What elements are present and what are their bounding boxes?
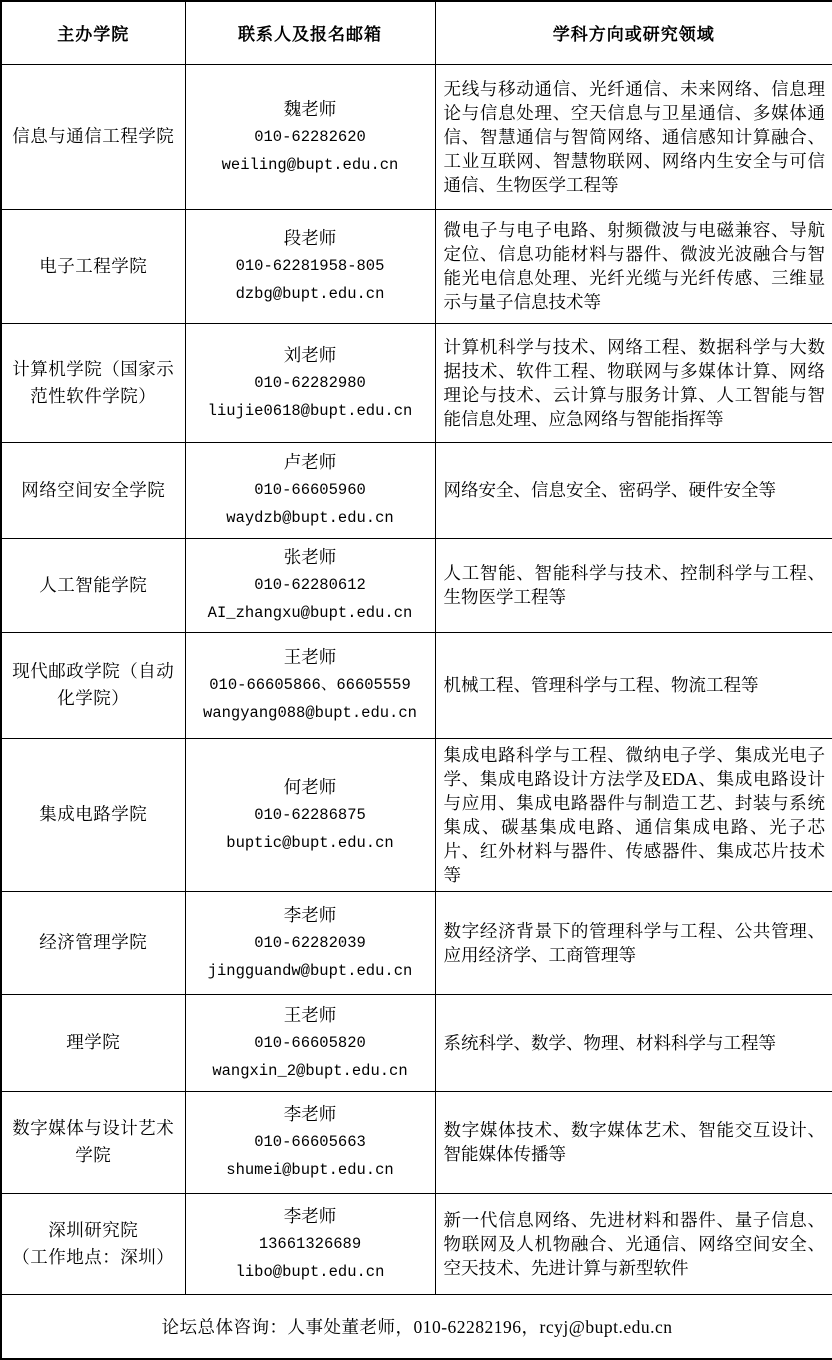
contact-phone: 010-62280612 xyxy=(190,571,431,599)
contact-phone: 010-62282620 xyxy=(190,123,431,151)
contact-person: 李老师 xyxy=(190,1202,431,1230)
research-fields: 新一代信息网络、先进材料和器件、量子信息、物联网及人机物融合、光通信、网络空间安… xyxy=(435,1193,832,1294)
college-name: 经济管理学院 xyxy=(1,891,185,994)
table-row: 经济管理学院 李老师 010-62282039 jingguandw@bupt.… xyxy=(1,891,832,994)
header-college: 主办学院 xyxy=(1,1,185,64)
college-name: 深圳研究院 （工作地点：深圳） xyxy=(1,1193,185,1294)
header-row: 主办学院 联系人及报名邮箱 学科方向或研究领域 xyxy=(1,1,832,64)
contact-phone: 010-66605820 xyxy=(190,1029,431,1057)
table-row: 电子工程学院 段老师 010-62281958-805 dzbg@bupt.ed… xyxy=(1,209,832,323)
contact-person: 王老师 xyxy=(190,1001,431,1029)
contact-cell: 张老师 010-62280612 AI_zhangxu@bupt.edu.cn xyxy=(185,538,435,632)
research-fields: 网络安全、信息安全、密码学、硬件安全等 xyxy=(435,442,832,538)
contact-phone: 010-62281958-805 xyxy=(190,252,431,280)
contact-email: wangxin_2@bupt.edu.cn xyxy=(190,1057,431,1085)
contact-email: waydzb@bupt.edu.cn xyxy=(190,504,431,532)
college-contact-table: 主办学院 联系人及报名邮箱 学科方向或研究领域 信息与通信工程学院 魏老师 01… xyxy=(0,0,832,1360)
contact-cell: 刘老师 010-62282980 liujie0618@bupt.edu.cn xyxy=(185,323,435,442)
contact-email: dzbg@bupt.edu.cn xyxy=(190,280,431,308)
college-name: 计算机学院（国家示范性软件学院） xyxy=(1,323,185,442)
contact-person: 王老师 xyxy=(190,643,431,671)
research-fields: 系统科学、数学、物理、材料科学与工程等 xyxy=(435,994,832,1091)
contact-person: 卢老师 xyxy=(190,448,431,476)
research-fields: 无线与移动通信、光纤通信、未来网络、信息理论与信息处理、空天信息与卫星通信、多媒… xyxy=(435,64,832,209)
table-row: 数字媒体与设计艺术学院 李老师 010-66605663 shumei@bupt… xyxy=(1,1091,832,1193)
research-fields: 微电子与电子电路、射频微波与电磁兼容、导航定位、信息功能材料与器件、微波光波融合… xyxy=(435,209,832,323)
general-consultation-note: 论坛总体咨询：人事处董老师，010-62282196，rcyj@bupt.edu… xyxy=(1,1294,832,1359)
footer-row: 论坛总体咨询：人事处董老师，010-62282196，rcyj@bupt.edu… xyxy=(1,1294,832,1359)
contact-phone: 010-62282039 xyxy=(190,929,431,957)
college-name: 人工智能学院 xyxy=(1,538,185,632)
contact-phone: 010-66605866、66605559 xyxy=(190,671,431,699)
header-fields: 学科方向或研究领域 xyxy=(435,1,832,64)
table-row: 计算机学院（国家示范性软件学院） 刘老师 010-62282980 liujie… xyxy=(1,323,832,442)
contact-cell: 李老师 13661326689 libo@bupt.edu.cn xyxy=(185,1193,435,1294)
college-name: 数字媒体与设计艺术学院 xyxy=(1,1091,185,1193)
contact-phone: 13661326689 xyxy=(190,1230,431,1258)
table-row: 深圳研究院 （工作地点：深圳） 李老师 13661326689 libo@bup… xyxy=(1,1193,832,1294)
college-name: 理学院 xyxy=(1,994,185,1091)
research-fields: 数字媒体技术、数字媒体艺术、智能交互设计、智能媒体传播等 xyxy=(435,1091,832,1193)
contact-phone: 010-66605663 xyxy=(190,1128,431,1156)
contact-person: 张老师 xyxy=(190,543,431,571)
contact-person: 刘老师 xyxy=(190,341,431,369)
research-fields: 人工智能、智能科学与技术、控制科学与工程、生物医学工程等 xyxy=(435,538,832,632)
contact-person: 李老师 xyxy=(190,1100,431,1128)
contact-cell: 李老师 010-66605663 shumei@bupt.edu.cn xyxy=(185,1091,435,1193)
contact-phone: 010-62286875 xyxy=(190,801,431,829)
research-fields: 计算机科学与技术、网络工程、数据科学与大数据技术、软件工程、物联网与多媒体计算、… xyxy=(435,323,832,442)
research-fields: 集成电路科学与工程、微纳电子学、集成光电子学、集成电路设计方法学及EDA、集成电… xyxy=(435,738,832,891)
table-row: 现代邮政学院（自动化学院） 王老师 010-66605866、66605559 … xyxy=(1,632,832,738)
college-name: 集成电路学院 xyxy=(1,738,185,891)
contact-email: jingguandw@bupt.edu.cn xyxy=(190,957,431,985)
contact-person: 魏老师 xyxy=(190,95,431,123)
contact-phone: 010-66605960 xyxy=(190,476,431,504)
table-row: 网络空间安全学院 卢老师 010-66605960 waydzb@bupt.ed… xyxy=(1,442,832,538)
contact-email: liujie0618@bupt.edu.cn xyxy=(190,397,431,425)
contact-email: weiling@bupt.edu.cn xyxy=(190,151,431,179)
contact-email: libo@bupt.edu.cn xyxy=(190,1258,431,1286)
contact-cell: 王老师 010-66605820 wangxin_2@bupt.edu.cn xyxy=(185,994,435,1091)
research-fields: 数字经济背景下的管理科学与工程、公共管理、应用经济学、工商管理等 xyxy=(435,891,832,994)
contact-cell: 段老师 010-62281958-805 dzbg@bupt.edu.cn xyxy=(185,209,435,323)
contact-cell: 何老师 010-62286875 buptic@bupt.edu.cn xyxy=(185,738,435,891)
contact-email: buptic@bupt.edu.cn xyxy=(190,829,431,857)
table-row: 信息与通信工程学院 魏老师 010-62282620 weiling@bupt.… xyxy=(1,64,832,209)
contact-email: wangyang088@bupt.edu.cn xyxy=(190,699,431,727)
table-row: 理学院 王老师 010-66605820 wangxin_2@bupt.edu.… xyxy=(1,994,832,1091)
contact-person: 段老师 xyxy=(190,224,431,252)
contact-cell: 李老师 010-62282039 jingguandw@bupt.edu.cn xyxy=(185,891,435,994)
contact-email: shumei@bupt.edu.cn xyxy=(190,1156,431,1184)
contact-cell: 卢老师 010-66605960 waydzb@bupt.edu.cn xyxy=(185,442,435,538)
table-row: 集成电路学院 何老师 010-62286875 buptic@bupt.edu.… xyxy=(1,738,832,891)
contact-person: 何老师 xyxy=(190,773,431,801)
contact-email: AI_zhangxu@bupt.edu.cn xyxy=(190,599,431,627)
header-contact: 联系人及报名邮箱 xyxy=(185,1,435,64)
contact-person: 李老师 xyxy=(190,901,431,929)
college-name: 现代邮政学院（自动化学院） xyxy=(1,632,185,738)
college-name: 网络空间安全学院 xyxy=(1,442,185,538)
research-fields: 机械工程、管理科学与工程、物流工程等 xyxy=(435,632,832,738)
table-row: 人工智能学院 张老师 010-62280612 AI_zhangxu@bupt.… xyxy=(1,538,832,632)
document-page: 主办学院 联系人及报名邮箱 学科方向或研究领域 信息与通信工程学院 魏老师 01… xyxy=(0,0,832,1350)
college-name: 电子工程学院 xyxy=(1,209,185,323)
contact-cell: 魏老师 010-62282620 weiling@bupt.edu.cn xyxy=(185,64,435,209)
contact-phone: 010-62282980 xyxy=(190,369,431,397)
college-name: 信息与通信工程学院 xyxy=(1,64,185,209)
contact-cell: 王老师 010-66605866、66605559 wangyang088@bu… xyxy=(185,632,435,738)
